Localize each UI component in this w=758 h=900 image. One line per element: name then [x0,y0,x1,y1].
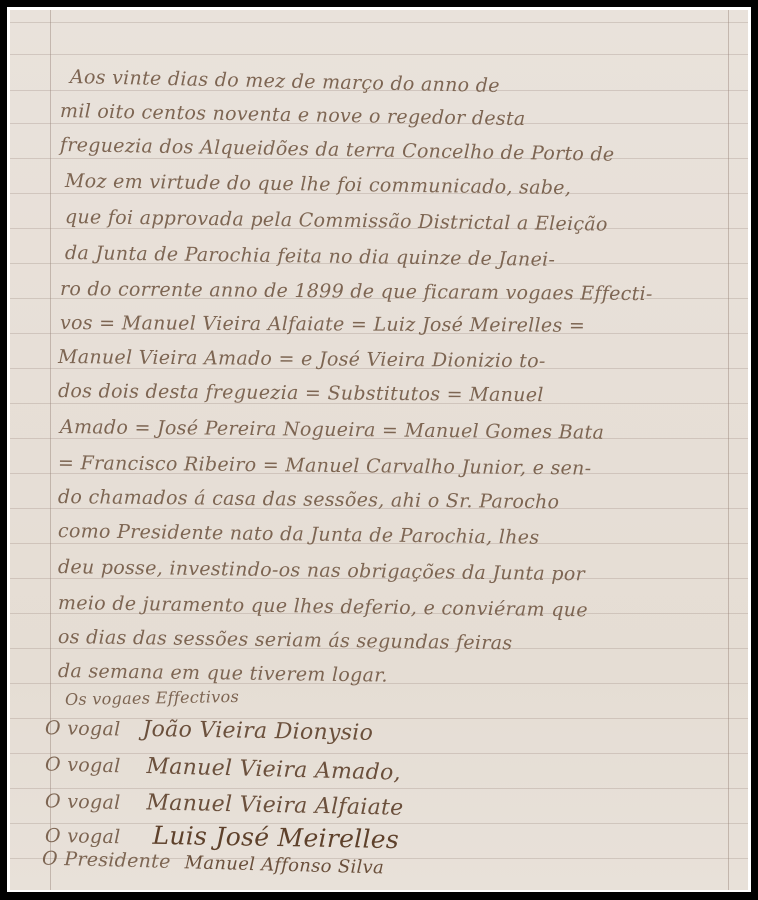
ruled-line [10,54,748,55]
signature-name: João Vieira Dionysio [142,717,373,746]
signature-name: Manuel Affonso Silva [184,852,384,878]
text-line: Aos vinte dias do mez de março do anno d… [70,66,500,97]
signature-line: O vogal João Vieira Dionysio [45,715,374,746]
text-line: mil oito centos noventa e nove o regedor… [60,100,526,130]
text-line: dos dois desta freguezia = Substitutos =… [58,380,544,406]
text-line: = Francisco Ribeiro = Manuel Carvalho Ju… [58,452,592,480]
signature-role: O vogal [45,753,121,777]
signature-role: O vogal [45,825,121,848]
text-line: Amado = José Pereira Nogueira = Manuel G… [60,416,604,444]
text-line: Manuel Vieira Amado = e José Vieira Dion… [58,346,546,372]
signature-line: O vogal Manuel Vieira Alfaiate [45,788,404,821]
text-line: da Junta de Parochia feita no dia quinze… [65,242,555,271]
text-line: freguezia dos Alqueidões da terra Concel… [60,134,615,166]
text-line: meio de juramento que lhes deferio, e co… [58,592,588,621]
signatures-heading: Os vogaes Effectivos [65,687,239,709]
signature-name: Luis José Meirelles [152,821,399,854]
text-line: da semana em que tiverem logar. [58,660,388,687]
text-line: do chamados á casa das sessões, ahi o Sr… [58,486,560,513]
text-line: os dias das sessões seriam ás segundas f… [58,626,513,654]
signature-name: Manuel Vieira Alfaiate [146,790,404,820]
text-line: como Presidente nato da Junta de Parochi… [58,520,540,549]
text-line: deu posse, investindo-os nas obrigações … [58,556,585,585]
ruled-line [10,22,748,23]
signature-role: O Presidente [42,848,171,873]
text-line: Moz em virtude do que lhe foi communicad… [65,170,571,199]
right-margin-line [728,10,729,890]
manuscript-page: Aos vinte dias do mez de março do anno d… [10,10,748,890]
signature-role: O vogal [45,717,121,740]
text-line: vos = Manuel Vieira Alfaiate = Luiz José… [60,312,585,337]
signature-role: O vogal [45,790,121,814]
signature-line: O vogal Manuel Vieira Amado, [45,751,401,785]
text-line: que foi approvada pela Commissão Distric… [65,206,608,236]
text-line: ro do corrente anno de 1899 de que ficar… [60,278,653,305]
signature-name: Manuel Vieira Amado, [146,754,401,786]
